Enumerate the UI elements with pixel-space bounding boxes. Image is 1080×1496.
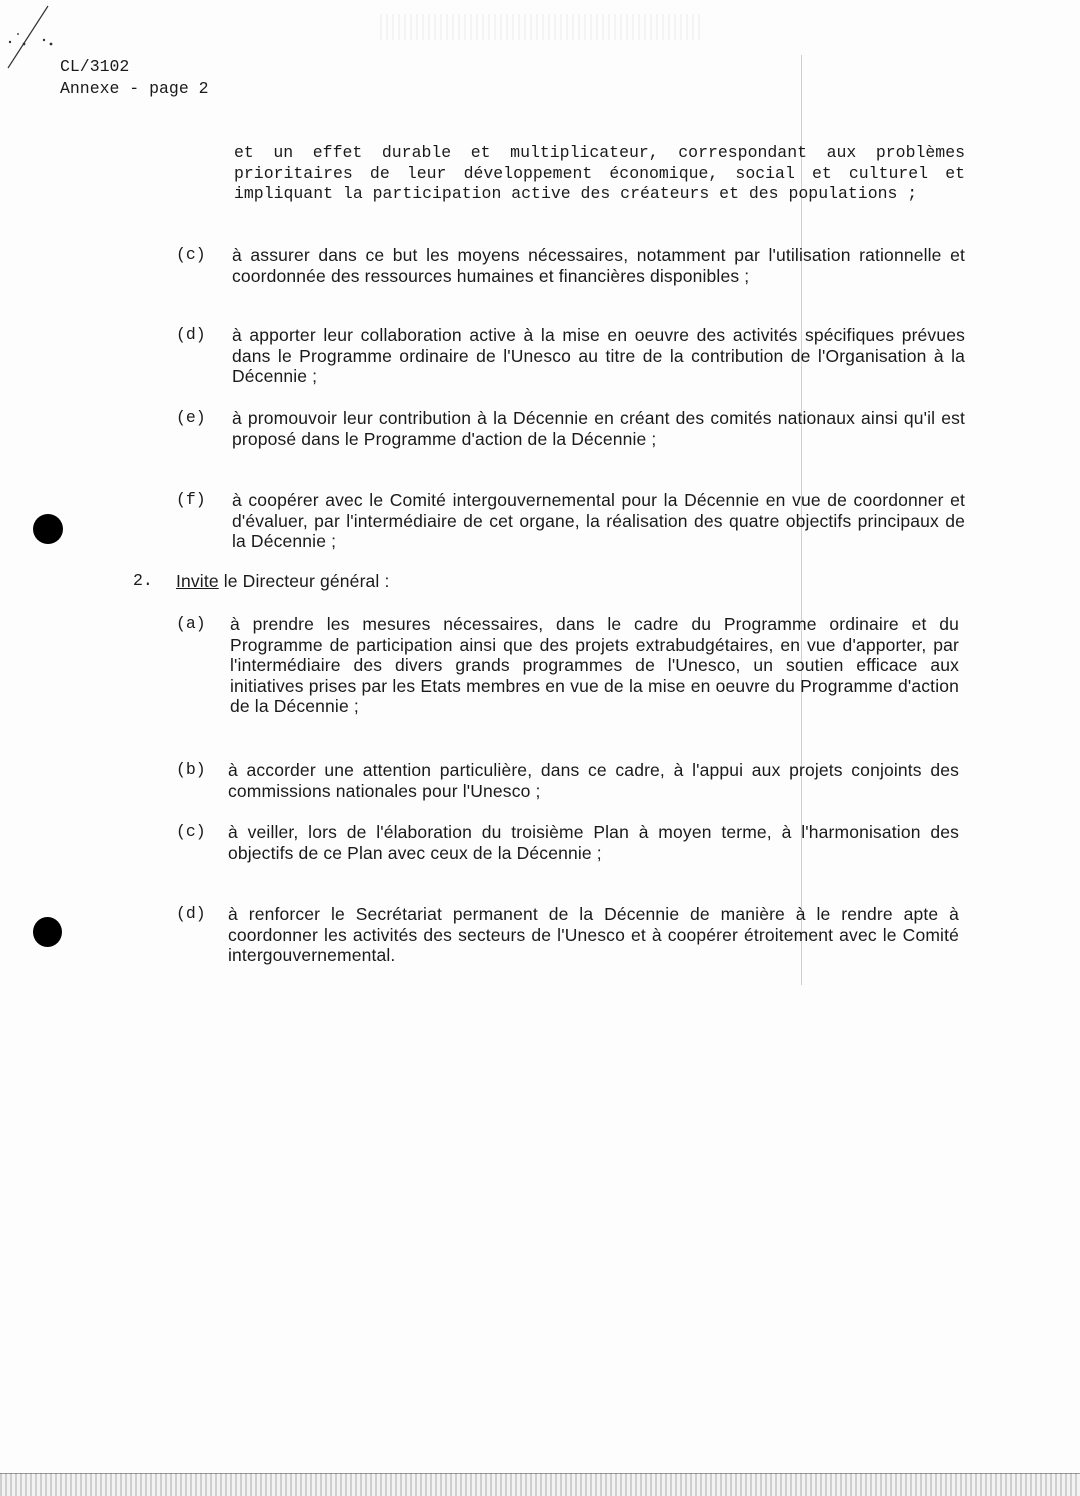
scanned-page: CL/3102 Annexe - page 2 et un effet dura… xyxy=(0,0,1080,1496)
section-2-heading-rest: le Directeur général : xyxy=(219,571,390,591)
punch-hole-lower xyxy=(33,917,62,947)
document-header: CL/3102 Annexe - page 2 xyxy=(60,56,209,100)
s2-item-label-d: (d) xyxy=(176,904,206,925)
item-label-c: (c) xyxy=(176,245,206,266)
item-text-d: à apporter leur collaboration active à l… xyxy=(232,325,965,387)
item-text-e: à promouvoir leur contribution à la Déce… xyxy=(232,408,965,449)
page-label: Annexe - page 2 xyxy=(60,78,209,100)
s2-item-label-a: (a) xyxy=(176,614,206,635)
s2-item-label-b: (b) xyxy=(176,760,206,781)
punch-hole-upper xyxy=(33,514,63,544)
item-text-c: à assurer dans ce but les moyens nécessa… xyxy=(232,245,965,286)
item-text-f: à coopérer avec le Comité intergouvernem… xyxy=(232,490,965,552)
s2-item-text-b: à accorder une attention particulière, d… xyxy=(228,760,959,801)
handwritten-slash-mark-icon xyxy=(4,4,54,72)
section-2-verb: Invite xyxy=(176,571,219,591)
s2-item-text-a: à prendre les mesures nécessaires, dans … xyxy=(230,614,959,717)
section-2-heading: Invite le Directeur général : xyxy=(176,571,676,592)
item-label-d: (d) xyxy=(176,325,206,346)
scan-noise-bottom xyxy=(0,1473,1080,1496)
s2-item-label-c: (c) xyxy=(176,822,206,843)
s2-item-text-c: à veiller, lors de l'élaboration du troi… xyxy=(228,822,959,863)
s2-item-text-d: à renforcer le Secrétariat permanent de … xyxy=(228,904,959,966)
item-label-f: (f) xyxy=(176,490,206,511)
scan-noise-top xyxy=(380,14,700,40)
item-label-e: (e) xyxy=(176,408,206,429)
section-number-2: 2. xyxy=(133,571,153,592)
document-reference: CL/3102 xyxy=(60,56,209,78)
continuation-paragraph: et un effet durable et multiplicateur, c… xyxy=(234,143,965,205)
